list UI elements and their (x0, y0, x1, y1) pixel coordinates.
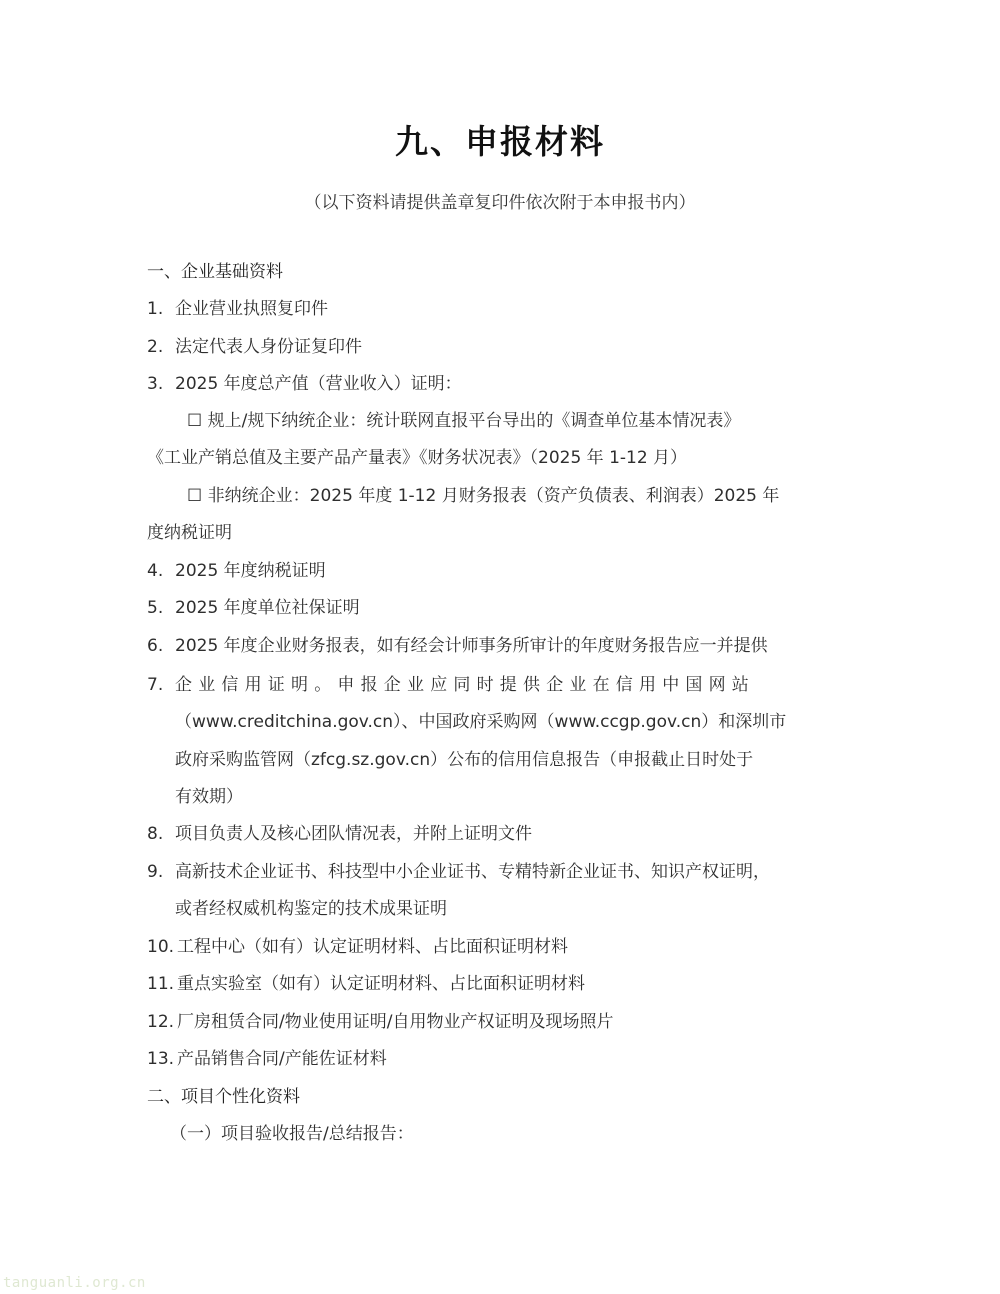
list-item: 13.产品销售合同/产能佐证材料 (147, 1048, 387, 1070)
section-heading-project: 二、项目个性化资料 (147, 1086, 300, 1108)
section-heading-basic: 一、企业基础资料 (147, 261, 283, 283)
list-item: 11.重点实验室（如有）认定证明材料、占比面积证明材料 (147, 973, 585, 995)
list-item-continued: 有效期） (175, 786, 243, 808)
option-line: ☐ 非纳统企业：2025 年度 1-12 月财务报表（资产负债表、利润表）202… (187, 485, 779, 507)
list-item: 1.企业营业执照复印件 (147, 298, 328, 320)
option-line: ☐ 规上/规下纳统企业：统计联网直报平台导出的《调查单位基本情况表》 (187, 410, 740, 432)
option-line-continued: 《工业产销总值及主要产品产量表》《财务状况表》（2025 年 1-12 月） (147, 447, 687, 469)
list-item: 10.工程中心（如有）认定证明材料、占比面积证明材料 (147, 936, 568, 958)
watermark: tanguanli.org.cn (3, 1275, 146, 1291)
option-line-continued: 度纳税证明 (147, 522, 232, 544)
checkbox-icon[interactable]: ☐ (187, 486, 202, 506)
list-item: 3.2025 年度总产值（营业收入）证明： (147, 373, 462, 395)
list-item: 6.2025 年度企业财务报表，如有经会计师事务所审计的年度财务报告应一并提供 (147, 635, 768, 657)
list-item: 7.企业信用证明。申报企业应同时提供企业在信用中国网站 (147, 674, 755, 696)
list-item-continued: 政府采购监管网（zfcg.sz.gov.cn）公布的信用信息报告（申报截止日时处… (175, 749, 753, 771)
list-item: 5.2025 年度单位社保证明 (147, 597, 360, 619)
list-item: 2.法定代表人身份证复印件 (147, 336, 362, 358)
page-title: 九、申报材料 (0, 116, 1000, 163)
list-item: 12.厂房租赁合同/物业使用证明/自用物业产权证明及现场照片 (147, 1011, 613, 1033)
list-item-continued: （www.creditchina.gov.cn）、中国政府采购网（www.ccg… (175, 711, 786, 733)
list-item: 4.2025 年度纳税证明 (147, 560, 326, 582)
list-item-continued: 或者经权威机构鉴定的技术成果证明 (175, 898, 447, 920)
subsection-heading: （一）项目验收报告/总结报告： (170, 1123, 414, 1145)
list-item: 8.项目负责人及核心团队情况表，并附上证明文件 (147, 823, 532, 845)
checkbox-icon[interactable]: ☐ (187, 411, 202, 431)
list-item: 9.高新技术企业证书、科技型中小企业证书、专精特新企业证书、知识产权证明， (147, 861, 770, 883)
page-subtitle: （以下资料请提供盖章复印件依次附于本申报书内） (0, 188, 1000, 213)
